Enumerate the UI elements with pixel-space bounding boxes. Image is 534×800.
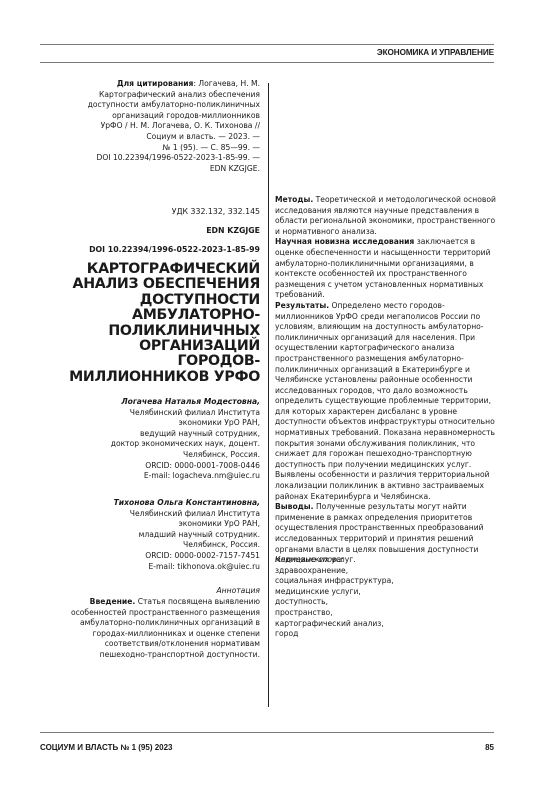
column-divider (268, 83, 269, 707)
section-title: ЭКОНОМИКА И УПРАВЛЕНИЕ (377, 48, 494, 57)
keyword: картографический анализ, (275, 619, 497, 630)
footer-rule (40, 732, 494, 733)
abstract-results: Результаты. Определено место городов-мил… (275, 301, 497, 502)
keyword: город (275, 629, 497, 640)
abstract-methods: Методы. Теоретической и методологической… (275, 195, 497, 237)
annotation-label: Аннотация (60, 586, 260, 595)
keyword: социальная инфраструктура, (275, 576, 497, 587)
author-2: Тихонова Ольга Константиновна, Челябинск… (60, 498, 260, 572)
header-rule-bottom (40, 62, 494, 63)
citation-block: Для цитирования: Логачева, Н. М. Картогр… (60, 79, 260, 174)
abstract-novelty: Научная новизна исследования заключается… (275, 237, 497, 301)
header-rule-top (40, 44, 494, 45)
keyword: пространство, (275, 608, 497, 619)
keywords-label: Ключевые слова: (275, 555, 497, 566)
abstract-introduction: Введение. Статья посвящена выявлению осо… (62, 597, 260, 661)
article-title: КАРТОГРАФИЧЕСКИЙ АНАЛИЗ ОБЕСПЕЧЕНИЯ ДОСТ… (60, 262, 260, 385)
edn-code: EDN KZGJGE (60, 226, 260, 235)
author-1: Логачева Наталья Модестовна, Челябинский… (60, 397, 260, 482)
keyword: доступность, (275, 597, 497, 608)
author-email[interactable]: E-mail: tikhonova.ok@uiec.ru (60, 562, 260, 573)
author-email[interactable]: E-mail: logacheva.nm@uiec.ru (60, 471, 260, 482)
doi-link[interactable]: DOI 10.22394/1996-0522-2023-1-85-99 (60, 245, 260, 254)
keyword: медицинские услуги, (275, 587, 497, 598)
author-name: Логачева Наталья Модестовна, (60, 397, 260, 408)
citation-label: Для цитирования (117, 79, 194, 88)
udk-code: УДК 332.132, 332.145 (60, 207, 260, 216)
keyword: здравоохранение, (275, 566, 497, 577)
page-number: 85 (485, 743, 494, 752)
abstract-body: Методы. Теоретической и методологической… (275, 195, 497, 566)
author-name: Тихонова Ольга Константиновна, (60, 498, 260, 509)
journal-footer: СОЦИУМ И ВЛАСТЬ № 1 (95) 2023 (40, 743, 173, 752)
keywords-block: Ключевые слова: здравоохранение, социаль… (275, 555, 497, 640)
